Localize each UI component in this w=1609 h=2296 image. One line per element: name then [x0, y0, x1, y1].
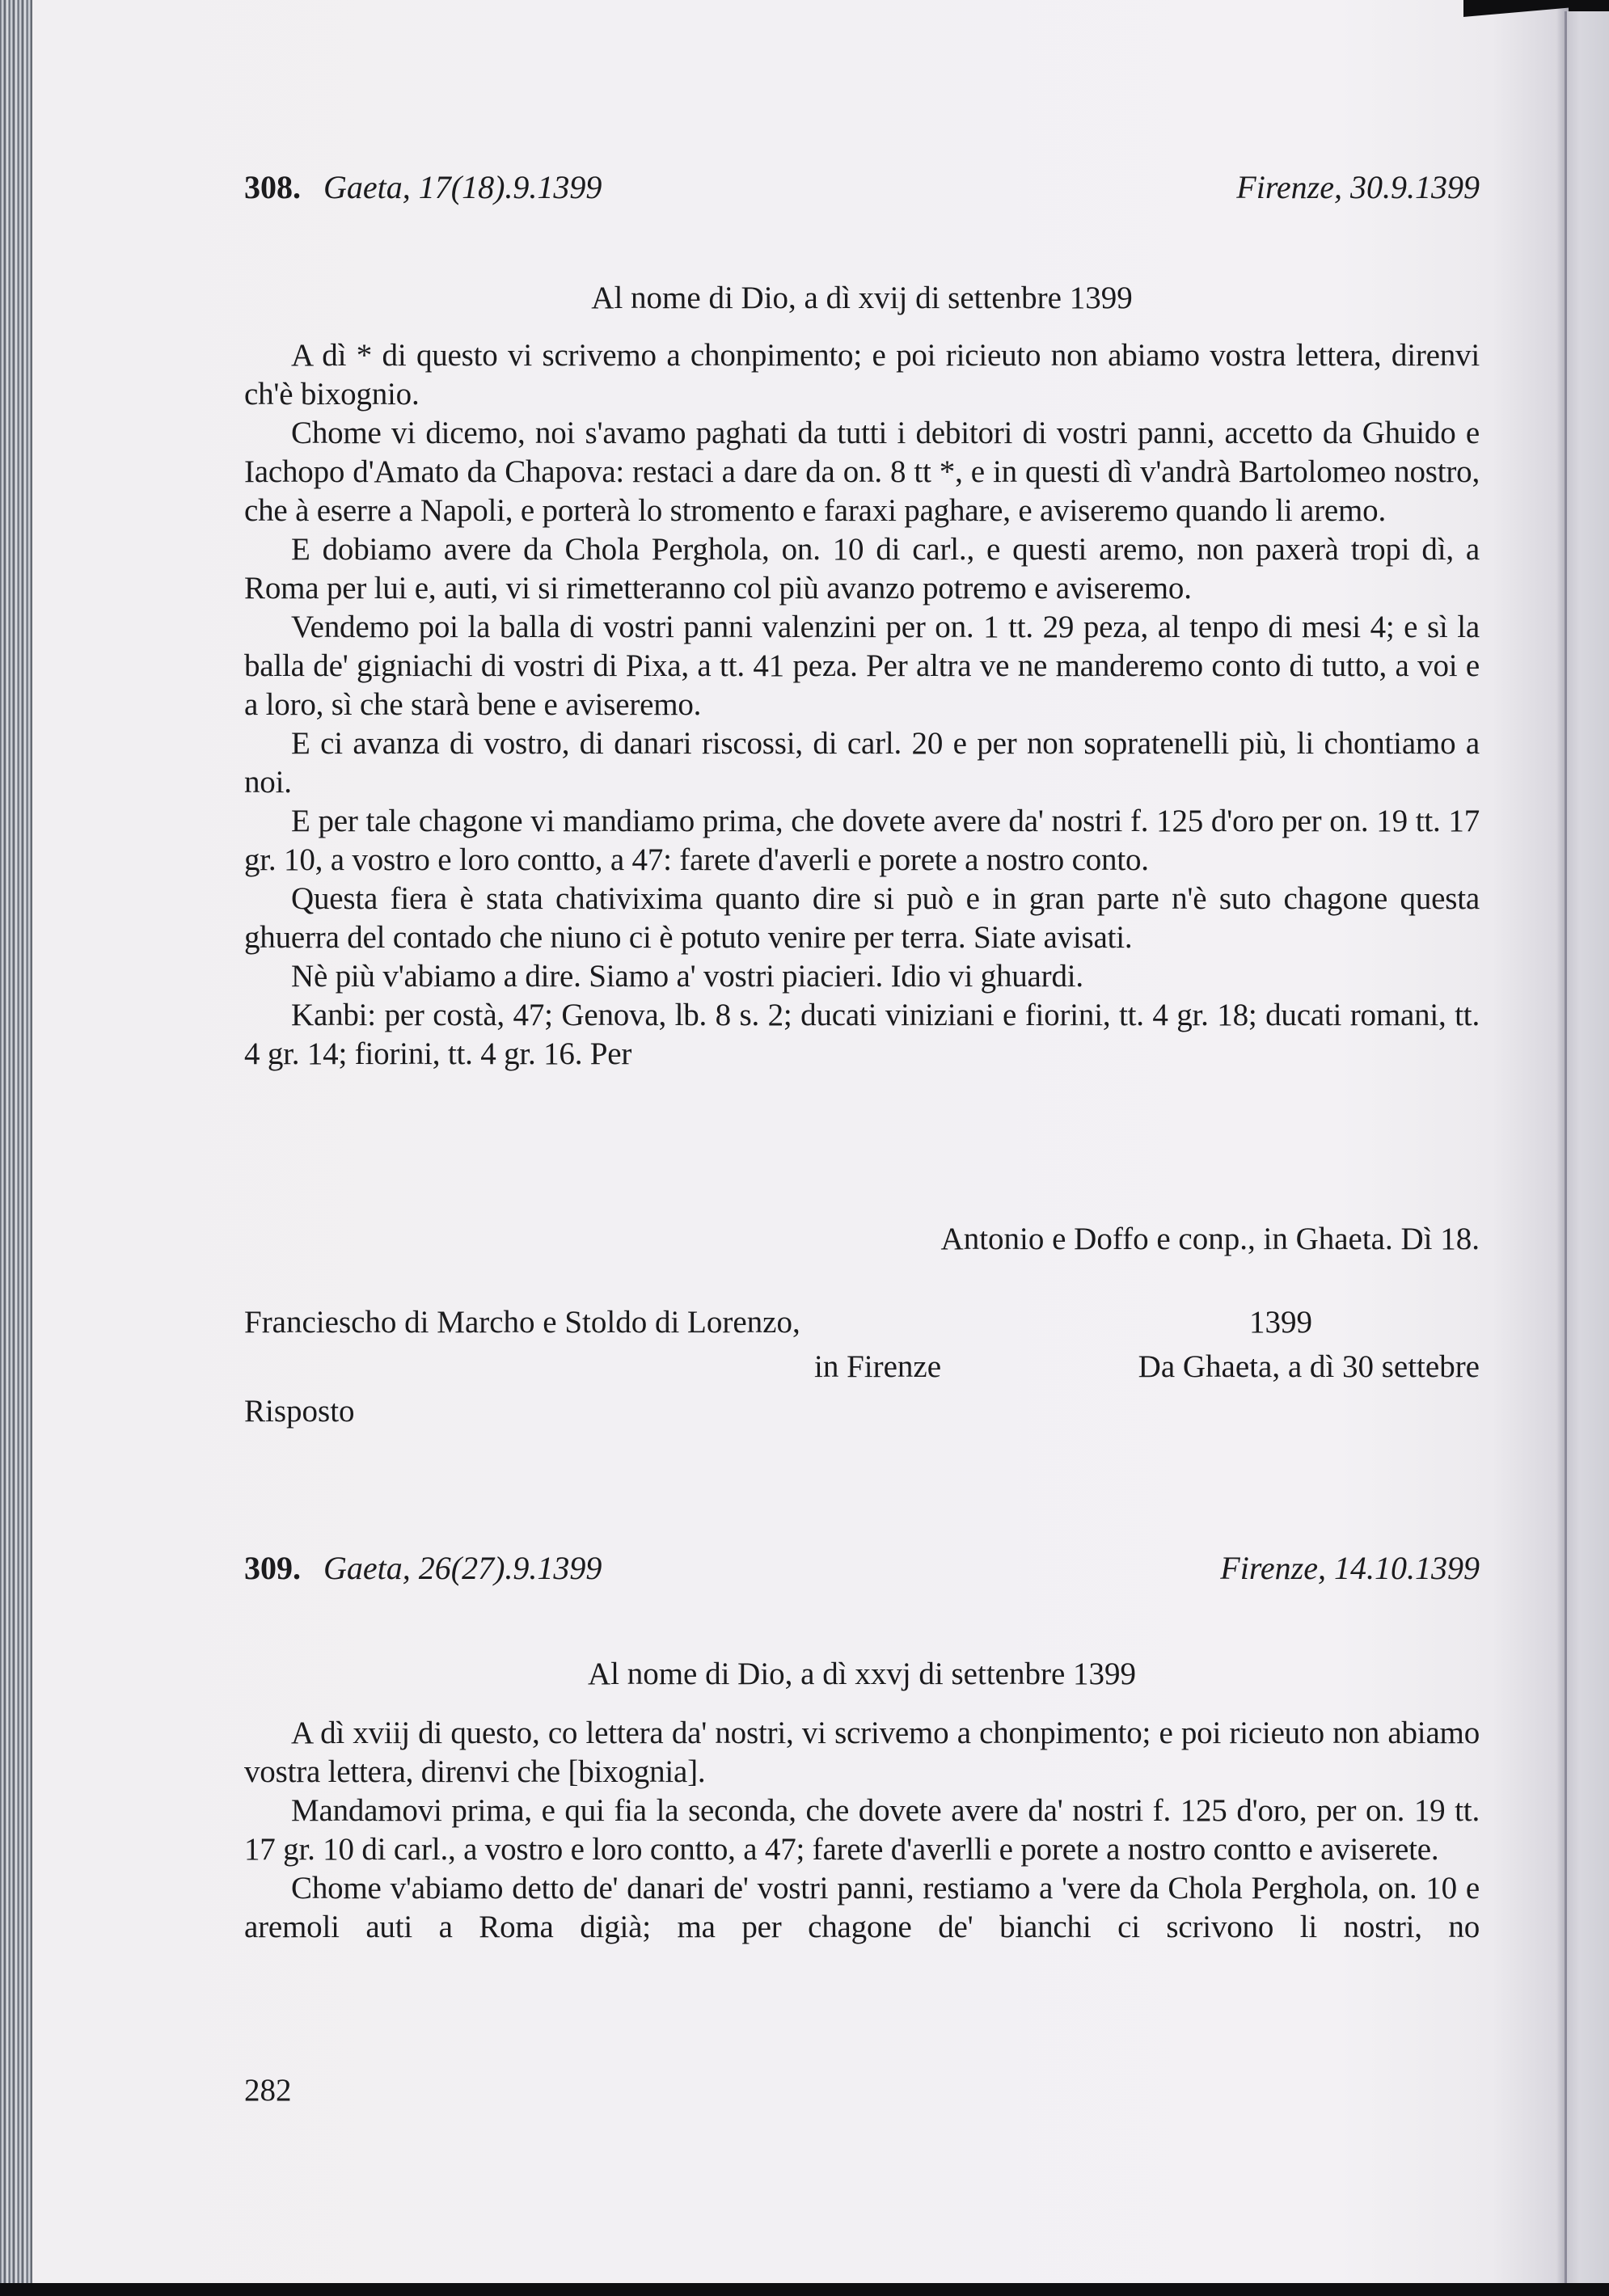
paragraph: A dì * di questo vi scrivemo a chonpimen… — [244, 336, 1480, 414]
address-recipient: Franciescho di Marcho e Stoldo di Lorenz… — [244, 1300, 800, 1344]
letter-309-heading: 309.Gaeta, 26(27).9.1399 Firenze, 14.10.… — [244, 1549, 1480, 1587]
letter-destination: Firenze, 14.10.1399 — [1220, 1549, 1480, 1587]
letter-origin: Gaeta, 26(27).9.1399 — [323, 1550, 602, 1586]
letter-destination: Firenze, 30.9.1399 — [1236, 168, 1480, 206]
page-number: 282 — [244, 2072, 292, 2108]
address-note: Risposto — [244, 1389, 355, 1433]
paragraph: E dobiamo avere da Chola Perghola, on. 1… — [244, 530, 1480, 608]
scan-shadow-top — [1463, 0, 1609, 29]
paragraph: Chome vi dicemo, noi s'avamo paghati da … — [244, 414, 1480, 530]
paragraph: E ci avanza di vostro, di danari riscoss… — [244, 724, 1480, 802]
page-stack-edges — [0, 0, 32, 2290]
paragraph: Kanbi: per costà, 47; Genova, lb. 8 s. 2… — [244, 996, 1480, 1074]
address-place: in Firenze — [814, 1344, 941, 1389]
letter-309-invocation: Al nome di Dio, a dì xxvj di settenbre 1… — [244, 1656, 1480, 1692]
paragraph: A dì xviij di questo, co lettera da' nos… — [244, 1714, 1480, 1792]
letter-number: 309. — [244, 1550, 301, 1586]
paragraph: Nè più v'abiamo a dire. Siamo a' vostri … — [244, 957, 1480, 996]
book-scan: 308.Gaeta, 17(18).9.1399 Firenze, 30.9.1… — [0, 0, 1609, 2296]
letter-308-origin-group: 308.Gaeta, 17(18).9.1399 — [244, 168, 602, 206]
paragraph: Vendemo poi la balla di vostri panni val… — [244, 608, 1480, 724]
address-received-date: Da Ghaeta, a dì 30 settebre — [1138, 1344, 1480, 1389]
next-page-edge — [1565, 11, 1609, 2296]
paragraph: Chome v'abiamo detto de' danari de' vost… — [244, 1869, 1480, 1947]
letter-308-invocation: Al nome di Dio, a dì xvij di settenbre 1… — [244, 280, 1480, 316]
letter-308-heading: 308.Gaeta, 17(18).9.1399 Firenze, 30.9.1… — [244, 168, 1480, 206]
letter-308-address: Franciescho di Marcho e Stoldo di Lorenz… — [244, 1300, 1480, 1433]
paragraph: Mandamovi prima, e qui fia la seconda, c… — [244, 1792, 1480, 1869]
letter-309-body: A dì xviij di questo, co lettera da' nos… — [244, 1714, 1480, 1947]
letter-308-body: A dì * di questo vi scrivemo a chonpimen… — [244, 336, 1480, 1074]
address-year: 1399 — [1249, 1300, 1312, 1344]
letter-309-origin-group: 309.Gaeta, 26(27).9.1399 — [244, 1549, 602, 1587]
paragraph: Questa fiera è stata chativixima quanto … — [244, 880, 1480, 957]
letter-308-signature: Antonio e Doffo e conp., in Ghaeta. Dì 1… — [244, 1221, 1480, 1257]
letter-origin: Gaeta, 17(18).9.1399 — [323, 169, 602, 205]
book-page: 308.Gaeta, 17(18).9.1399 Firenze, 30.9.1… — [32, 0, 1569, 2290]
scan-shadow-bottom — [0, 2283, 1609, 2296]
letter-number: 308. — [244, 169, 301, 205]
paragraph: E per tale chagone vi mandiamo prima, ch… — [244, 802, 1480, 880]
